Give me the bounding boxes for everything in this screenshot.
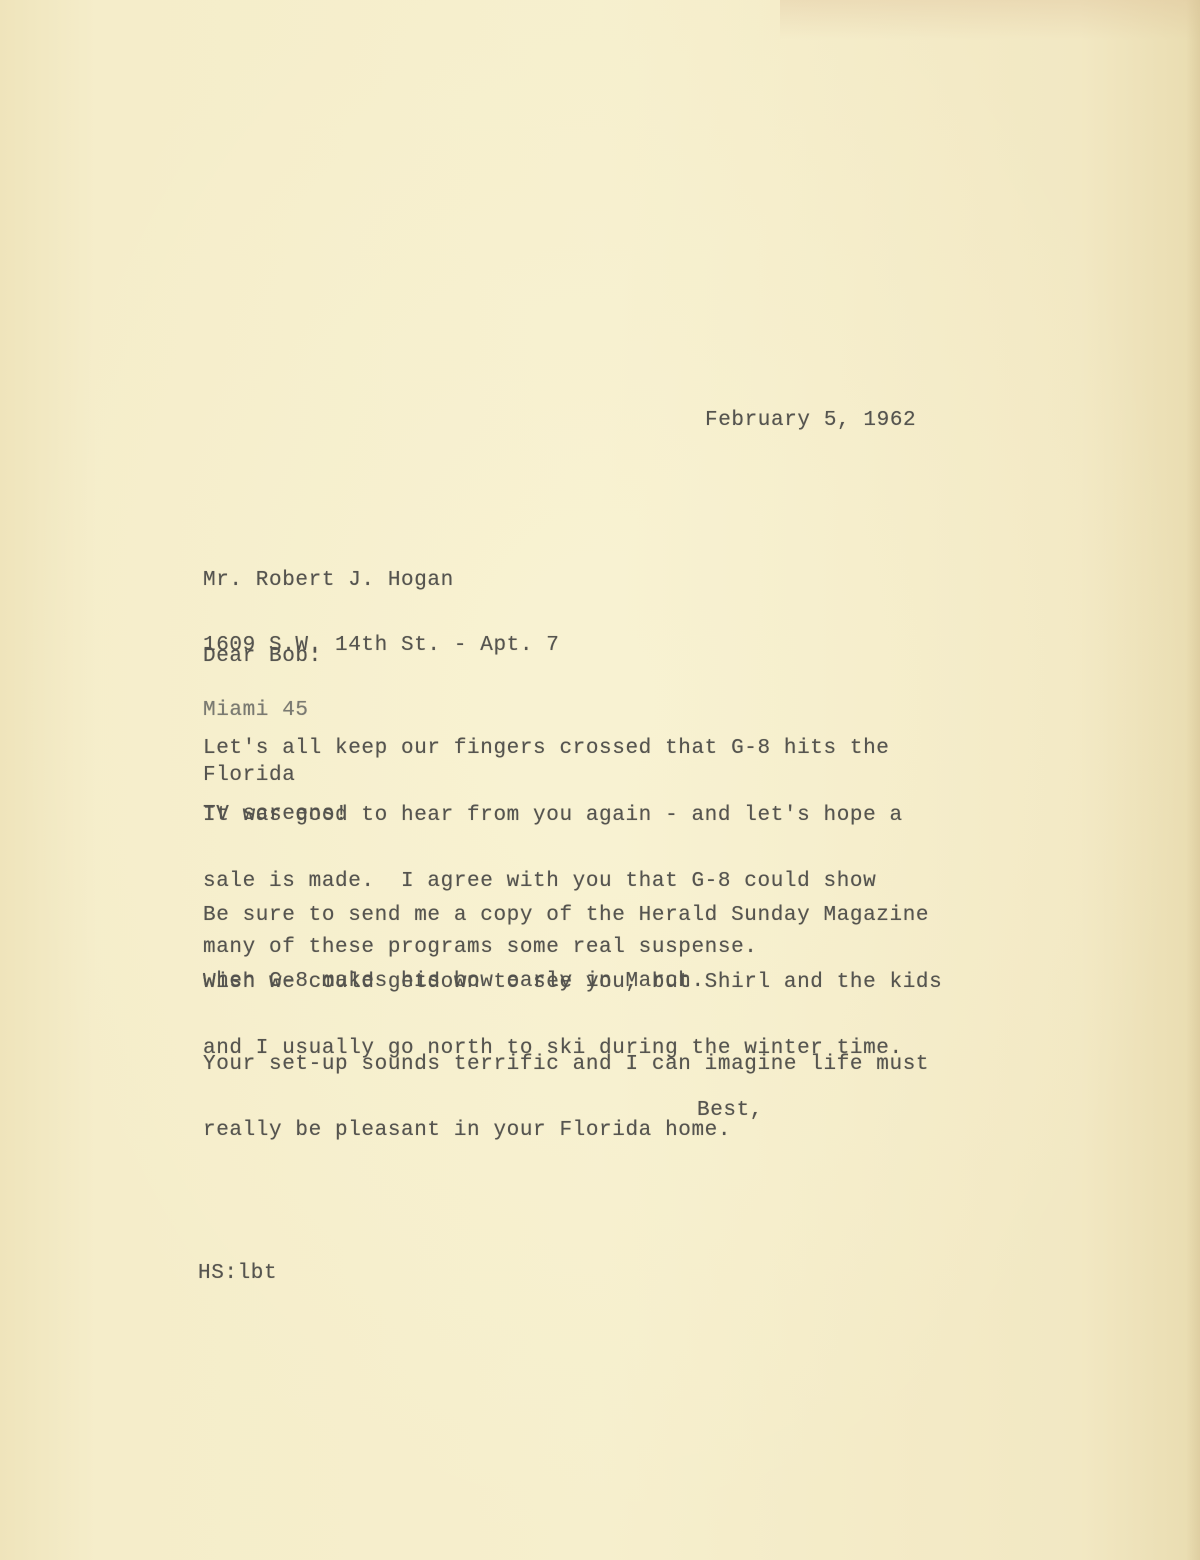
paragraph-line: Be sure to send me a copy of the Herald … [203, 905, 929, 927]
paragraph-5: Your set-up sounds terrific and I can im… [203, 1010, 929, 1186]
paragraph-line: It was good to hear from you again - and… [203, 805, 903, 827]
paragraph-line: Your set-up sounds terrific and I can im… [203, 1054, 929, 1076]
paragraph-line: really be pleasant in your Florida home. [203, 1120, 929, 1142]
closing: Best, [697, 1100, 763, 1122]
paragraph-line: Wish we could getdown to see you, but Sh… [203, 972, 942, 994]
letter-page: February 5, 1962 Mr. Robert J. Hogan 160… [0, 0, 1200, 1560]
letter-date: February 5, 1962 [705, 410, 916, 432]
reference-initials: HS:lbt [198, 1263, 277, 1285]
salutation: Dear Bob: [203, 646, 322, 668]
paper-stain [780, 0, 1200, 40]
paragraph-line: Let's all keep our fingers crossed that … [203, 738, 890, 760]
recipient-name: Mr. Robert J. Hogan [203, 570, 559, 591]
